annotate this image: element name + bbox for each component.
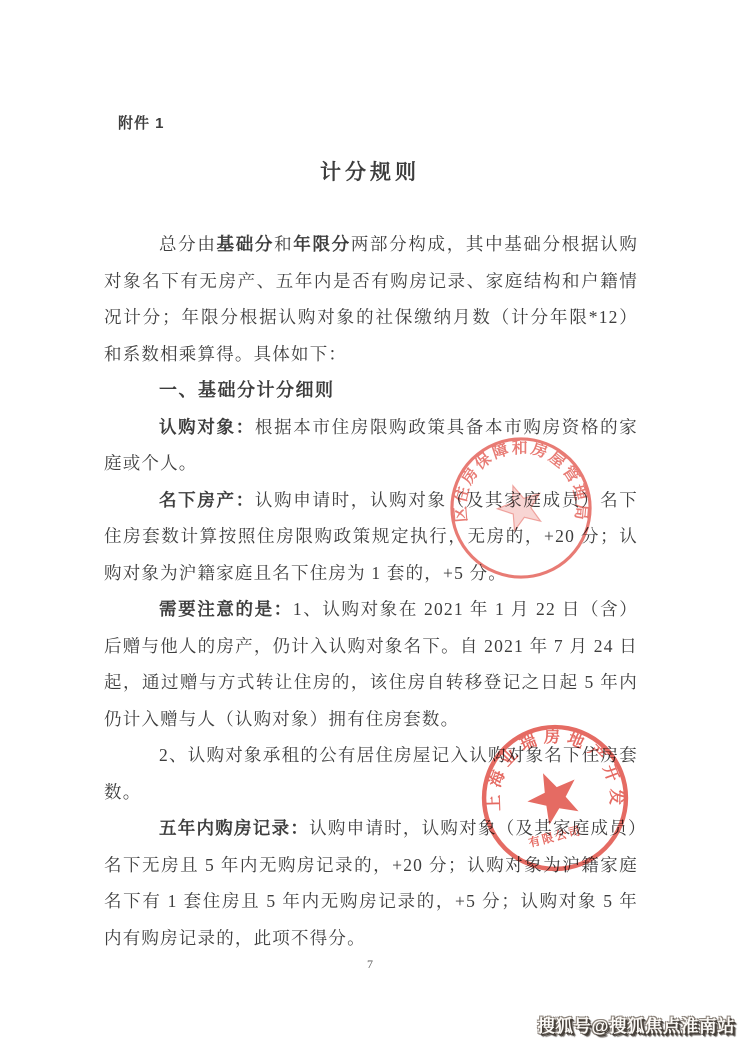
- paragraph: 需要注意的是：1、认购对象在 2021 年 1 月 22 日（含）后赠与他人的房…: [104, 591, 638, 737]
- page-title: 计分规则: [0, 156, 740, 186]
- bold-text-run: 一、基础分计分细则: [159, 380, 335, 400]
- section-heading: 一、基础分计分细则: [104, 372, 638, 409]
- text-run: 和: [274, 234, 293, 254]
- paragraph: 认购对象：根据本市住房限购政策具备本市购房资格的家庭或个人。: [104, 409, 638, 482]
- bold-text-run: 年限分: [293, 234, 351, 254]
- paragraph: 2、认购对象承租的公有居住房屋记入认购对象名下住房套数。: [104, 737, 638, 810]
- bold-text-run: 需要注意的是：: [159, 599, 293, 619]
- paragraphs: 总分由基础分和年限分两部分构成，其中基础分根据认购对象名下有无房产、五年内是否有…: [104, 226, 638, 956]
- watermark-text: 搜狐号@搜狐焦点淮南站: [537, 1013, 735, 1038]
- document-body: 总分由基础分和年限分两部分构成，其中基础分根据认购对象名下有无房产、五年内是否有…: [104, 226, 638, 956]
- bold-text-run: 五年内购房记录：: [159, 818, 309, 838]
- attachment-label: 附件 1: [118, 112, 165, 133]
- page-number: 7: [360, 957, 380, 972]
- paragraph: 总分由基础分和年限分两部分构成，其中基础分根据认购对象名下有无房产、五年内是否有…: [104, 226, 638, 372]
- document-page: 附件 1 计分规则 总分由基础分和年限分两部分构成，其中基础分根据认购对象名下有…: [0, 0, 740, 1046]
- paragraph: 五年内购房记录：认购申请时，认购对象（及其家庭成员）名下无房且 5 年内无购房记…: [104, 810, 638, 956]
- text-run: 总分由: [159, 234, 217, 254]
- bold-text-run: 名下房产：: [159, 490, 255, 510]
- text-run: 2、认购对象承租的公有居住房屋记入认购对象名下住房套数。: [104, 745, 638, 802]
- bold-text-run: 认购对象：: [159, 417, 255, 437]
- bold-text-run: 基础分: [217, 234, 275, 254]
- paragraph: 名下房产：认购申请时，认购对象（及其家庭成员）名下住房套数计算按照住房限购政策规…: [104, 482, 638, 592]
